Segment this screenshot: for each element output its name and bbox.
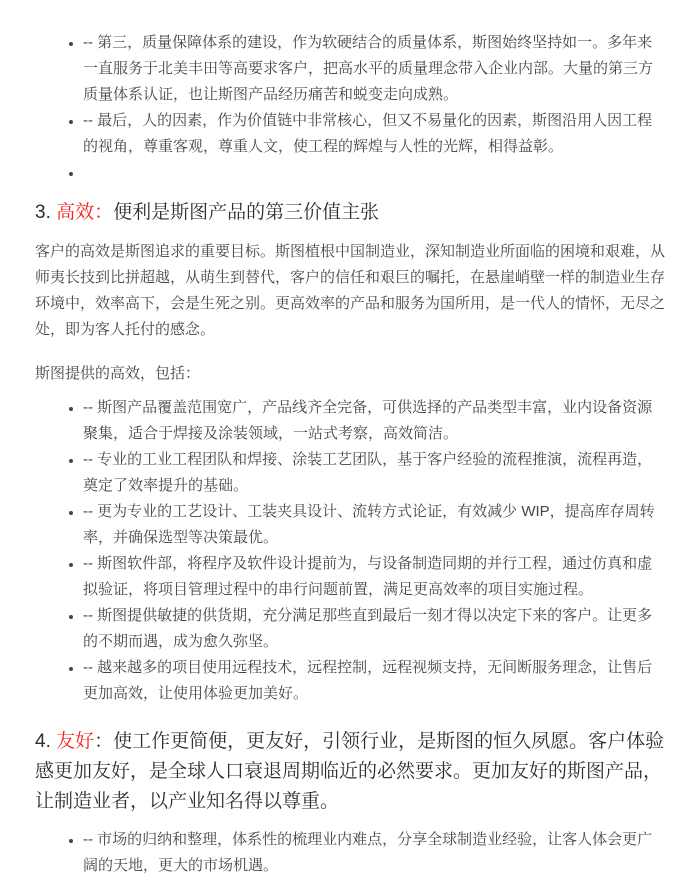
section-3-paragraph: 客户的高效是斯图追求的重要目标。斯图植根中国制造业，深知制造业所面临的困境和艰难… xyxy=(35,239,665,343)
list-item: -- 第三，质量保障体系的建设，作为软硬结合的质量体系，斯图始终坚持如一。多年来… xyxy=(83,30,665,108)
list-item: -- 最后，人的因素，作为价值链中非常核心，但又不易量化的因素，斯图沿用人因工程… xyxy=(83,108,665,160)
list-item-empty xyxy=(83,160,665,186)
quality-points-list: -- 第三，质量保障体系的建设，作为软硬结合的质量体系，斯图始终坚持如一。多年来… xyxy=(35,30,665,186)
list-item: -- 斯图软件部，将程序及软件设计提前为，与设备制造同期的并行工程，通过仿真和虚… xyxy=(83,551,665,603)
article-body: -- 第三，质量保障体系的建设，作为软硬结合的质量体系，斯图始终坚持如一。多年来… xyxy=(0,0,700,882)
section-3-number: 3. xyxy=(35,202,56,223)
section-3-title: 便利是斯图产品的第三价值主张 xyxy=(113,202,379,223)
list-item: -- 更为专业的工艺设计、工装夹具设计、流转方式论证，有效减少 WIP，提高库存… xyxy=(83,499,665,551)
list-item: -- 斯图提供敏捷的供货期，充分满足那些直到最后一刻才得以决定下来的客户。让更多… xyxy=(83,603,665,655)
section-4-title: ：使工作更简便，更友好，引领行业，是斯图的恒久夙愿。客户体验感更加友好，是全球人… xyxy=(35,731,664,812)
list-item: -- 越来越多的项目使用远程技术，远程控制，远程视频支持，无间断服务理念，让售后… xyxy=(83,655,665,707)
section-3-lead-in: 斯图提供的高效，包括： xyxy=(35,361,665,387)
efficiency-points-list: -- 斯图产品覆盖范围宽广，产品线齐全完备，可供选择的产品类型丰富，业内设备资源… xyxy=(35,395,665,707)
list-item: -- 斯图产品覆盖范围宽广，产品线齐全完备，可供选择的产品类型丰富，业内设备资源… xyxy=(83,395,665,447)
section-4-keyword: 友好 xyxy=(56,731,94,752)
section-4-heading: 4. 友好：使工作更简便，更友好，引领行业，是斯图的恒久夙愿。客户体验感更加友好… xyxy=(35,727,665,817)
list-item: -- 市场的归纳和整理，体系性的梳理业内难点，分享全球制造业经验，让客人体会更广… xyxy=(83,827,665,879)
section-3-heading: 3. 高效：便利是斯图产品的第三价值主张 xyxy=(35,198,665,227)
section-3-keyword: 高效： xyxy=(56,202,113,223)
list-item: -- 专业的工业工程团队和焊接、涂装工艺团队，基于客户经验的流程推演，流程再造，… xyxy=(83,447,665,499)
section-4-number: 4. xyxy=(35,731,56,752)
friendly-points-list: -- 市场的归纳和整理，体系性的梳理业内难点，分享全球制造业经验，让客人体会更广… xyxy=(35,827,665,879)
